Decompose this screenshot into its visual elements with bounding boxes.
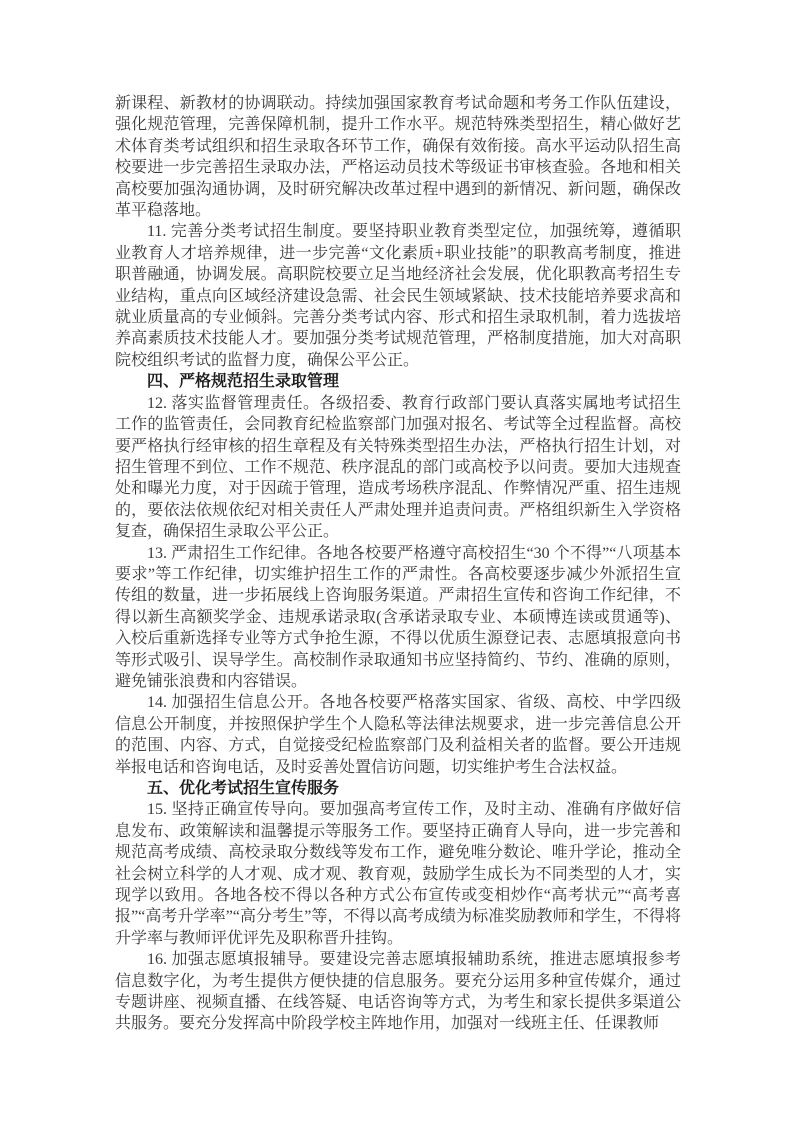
section-heading-5: 五、优化考试招生宣传服务	[115, 778, 681, 799]
paragraph-item-11: 11. 完善分类考试招生制度。要坚持职业教育类型定位，加强统筹，遵循职业教育人才…	[115, 221, 681, 371]
document-page: 新课程、新教材的协调联动。持续加强国家教育考试命题和考务工作队伍建设，强化规范管…	[0, 0, 793, 1122]
paragraph-item-16: 16. 加强志愿填报辅导。要建设完善志愿填报辅助系统，推进志愿填报参考信息数字化…	[115, 949, 681, 1035]
section-heading-4: 四、严格规范招生录取管理	[115, 371, 681, 392]
paragraph-item-15: 15. 坚持正确宣传导向。要加强高考宣传工作，及时主动、准确有序做好信息发布、政…	[115, 799, 681, 949]
document-body: 新课程、新教材的协调联动。持续加强国家教育考试命题和考务工作队伍建设，强化规范管…	[115, 93, 681, 1035]
paragraph-item-13: 13. 严肃招生工作纪律。各地各校要严格遵守高校招生“30 个不得”“八项基本要…	[115, 543, 681, 693]
paragraph-continuation: 新课程、新教材的协调联动。持续加强国家教育考试命题和考务工作队伍建设，强化规范管…	[115, 93, 681, 221]
paragraph-item-14: 14. 加强招生信息公开。各地各校要严格落实国家、省级、高校、中学四级信息公开制…	[115, 692, 681, 778]
paragraph-item-12: 12. 落实监督管理责任。各级招委、教育行政部门要认真落实属地考试招生工作的监管…	[115, 393, 681, 543]
